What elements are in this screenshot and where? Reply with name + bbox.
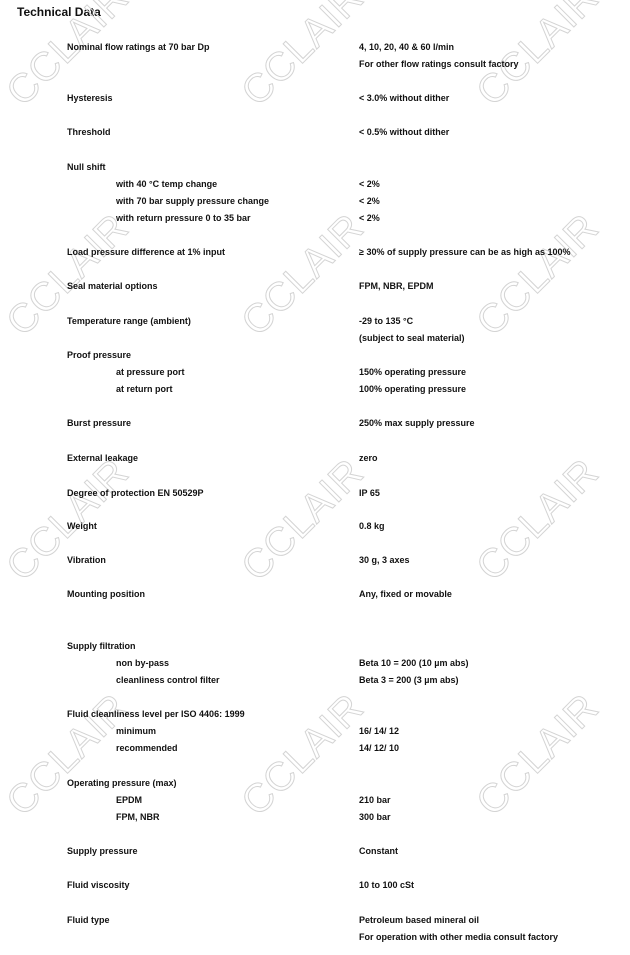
spec-label: Operating pressure (max) bbox=[67, 776, 177, 790]
spec-row: with 40 °C temp change< 2% bbox=[0, 177, 630, 191]
spec-row: at pressure port150% operating pressure bbox=[0, 365, 630, 379]
spec-row: Temperature range (ambient) -29 to 135 °… bbox=[0, 314, 630, 328]
spec-row: Supply pressureConstant bbox=[0, 844, 630, 858]
spec-label: Vibration bbox=[67, 553, 106, 567]
spec-label: Hysteresis bbox=[67, 91, 113, 105]
spec-value: 16/ 14/ 12 bbox=[359, 724, 399, 738]
spec-value: 4, 10, 20, 40 & 60 l/min bbox=[359, 40, 454, 54]
spec-row: Degree of protection EN 50529PIP 65 bbox=[0, 486, 630, 500]
spec-value: Any, fixed or movable bbox=[359, 587, 452, 601]
spec-label: Degree of protection EN 50529P bbox=[67, 486, 204, 500]
spec-row: EPDM210 bar bbox=[0, 793, 630, 807]
spec-row: Seal material optionsFPM, NBR, EPDM bbox=[0, 279, 630, 293]
spec-row: Nominal flow ratings at 70 bar Dp4, 10, … bbox=[0, 40, 630, 54]
spec-row: (subject to seal material) bbox=[0, 331, 630, 345]
spec-value: Petroleum based mineral oil bbox=[359, 913, 479, 927]
spec-label: at pressure port bbox=[116, 365, 185, 379]
spec-value: < 0.5% without dither bbox=[359, 125, 449, 139]
spec-value: Beta 3 = 200 (3 µm abs) bbox=[359, 673, 458, 687]
spec-row: Operating pressure (max) bbox=[0, 776, 630, 790]
page-title: Technical Data bbox=[17, 5, 101, 19]
spec-label: at return port bbox=[116, 382, 173, 396]
spec-row: External leakagezero bbox=[0, 451, 630, 465]
spec-label: Seal material options bbox=[67, 279, 158, 293]
spec-label: Fluid cleanliness level per ISO 4406: 19… bbox=[67, 707, 245, 721]
spec-value: Constant bbox=[359, 844, 398, 858]
spec-label: Mounting position bbox=[67, 587, 145, 601]
spec-label: EPDM bbox=[116, 793, 142, 807]
spec-label: Fluid type bbox=[67, 913, 110, 927]
spec-row: Proof pressure bbox=[0, 348, 630, 362]
spec-row: Fluid viscosity10 to 100 cSt bbox=[0, 878, 630, 892]
spec-value: 14/ 12/ 10 bbox=[359, 741, 399, 755]
spec-row: Null shift bbox=[0, 160, 630, 174]
spec-row: For operation with other media consult f… bbox=[0, 930, 630, 944]
spec-row: Mounting positionAny, fixed or movable bbox=[0, 587, 630, 601]
spec-value: ≥ 30% of supply pressure can be as high … bbox=[359, 245, 571, 259]
spec-row: Hysteresis< 3.0% without dither bbox=[0, 91, 630, 105]
spec-label: Nominal flow ratings at 70 bar Dp bbox=[67, 40, 210, 54]
spec-label: minimum bbox=[116, 724, 156, 738]
spec-label: FPM, NBR bbox=[116, 810, 160, 824]
spec-label: Threshold bbox=[67, 125, 111, 139]
spec-row: cleanliness control filterBeta 3 = 200 (… bbox=[0, 673, 630, 687]
spec-value: For operation with other media consult f… bbox=[359, 930, 558, 944]
spec-row: Burst pressure250% max supply pressure bbox=[0, 416, 630, 430]
spec-row: Fluid typePetroleum based mineral oil bbox=[0, 913, 630, 927]
spec-label: Load pressure difference at 1% input bbox=[67, 245, 225, 259]
spec-label: cleanliness control filter bbox=[116, 673, 220, 687]
spec-label: with return pressure 0 to 35 bar bbox=[116, 211, 251, 225]
spec-label: non by-pass bbox=[116, 656, 169, 670]
spec-row: Fluid cleanliness level per ISO 4406: 19… bbox=[0, 707, 630, 721]
spec-label: Fluid viscosity bbox=[67, 878, 130, 892]
spec-label: Proof pressure bbox=[67, 348, 131, 362]
spec-label: with 40 °C temp change bbox=[116, 177, 217, 191]
spec-value: zero bbox=[359, 451, 378, 465]
spec-row: Weight0.8 kg bbox=[0, 519, 630, 533]
spec-value: 250% max supply pressure bbox=[359, 416, 475, 430]
spec-value: Beta 10 = 200 (10 µm abs) bbox=[359, 656, 469, 670]
spec-row: Load pressure difference at 1% input≥ 30… bbox=[0, 245, 630, 259]
spec-value: For other flow ratings consult factory bbox=[359, 57, 519, 71]
spec-value: 150% operating pressure bbox=[359, 365, 466, 379]
spec-value: < 2% bbox=[359, 194, 380, 208]
spec-value: 0.8 kg bbox=[359, 519, 385, 533]
spec-label: External leakage bbox=[67, 451, 138, 465]
spec-label: Supply filtration bbox=[67, 639, 136, 653]
spec-value: (subject to seal material) bbox=[359, 331, 465, 345]
spec-value: 210 bar bbox=[359, 793, 391, 807]
spec-row: Supply filtration bbox=[0, 639, 630, 653]
spec-value: IP 65 bbox=[359, 486, 380, 500]
spec-label: Null shift bbox=[67, 160, 106, 174]
spec-label: with 70 bar supply pressure change bbox=[116, 194, 269, 208]
spec-value: 30 g, 3 axes bbox=[359, 553, 410, 567]
spec-label: Weight bbox=[67, 519, 97, 533]
spec-label: Burst pressure bbox=[67, 416, 131, 430]
spec-row: non by-passBeta 10 = 200 (10 µm abs) bbox=[0, 656, 630, 670]
spec-row: For other flow ratings consult factory bbox=[0, 57, 630, 71]
spec-row: at return port100% operating pressure bbox=[0, 382, 630, 396]
spec-row: with 70 bar supply pressure change< 2% bbox=[0, 194, 630, 208]
spec-value: 100% operating pressure bbox=[359, 382, 466, 396]
spec-row: minimum 16/ 14/ 12 bbox=[0, 724, 630, 738]
spec-row: recommended 14/ 12/ 10 bbox=[0, 741, 630, 755]
spec-row: Vibration30 g, 3 axes bbox=[0, 553, 630, 567]
spec-label: Temperature range (ambient) bbox=[67, 314, 191, 328]
spec-value: -29 to 135 °C bbox=[359, 314, 413, 328]
spec-row: FPM, NBR300 bar bbox=[0, 810, 630, 824]
spec-label: Supply pressure bbox=[67, 844, 138, 858]
spec-label: recommended bbox=[116, 741, 178, 755]
spec-value: < 2% bbox=[359, 177, 380, 191]
spec-row: Threshold< 0.5% without dither bbox=[0, 125, 630, 139]
spec-value: FPM, NBR, EPDM bbox=[359, 279, 434, 293]
spec-value: 300 bar bbox=[359, 810, 391, 824]
spec-value: 10 to 100 cSt bbox=[359, 878, 414, 892]
spec-value: < 3.0% without dither bbox=[359, 91, 449, 105]
spec-value: < 2% bbox=[359, 211, 380, 225]
spec-row: with return pressure 0 to 35 bar< 2% bbox=[0, 211, 630, 225]
